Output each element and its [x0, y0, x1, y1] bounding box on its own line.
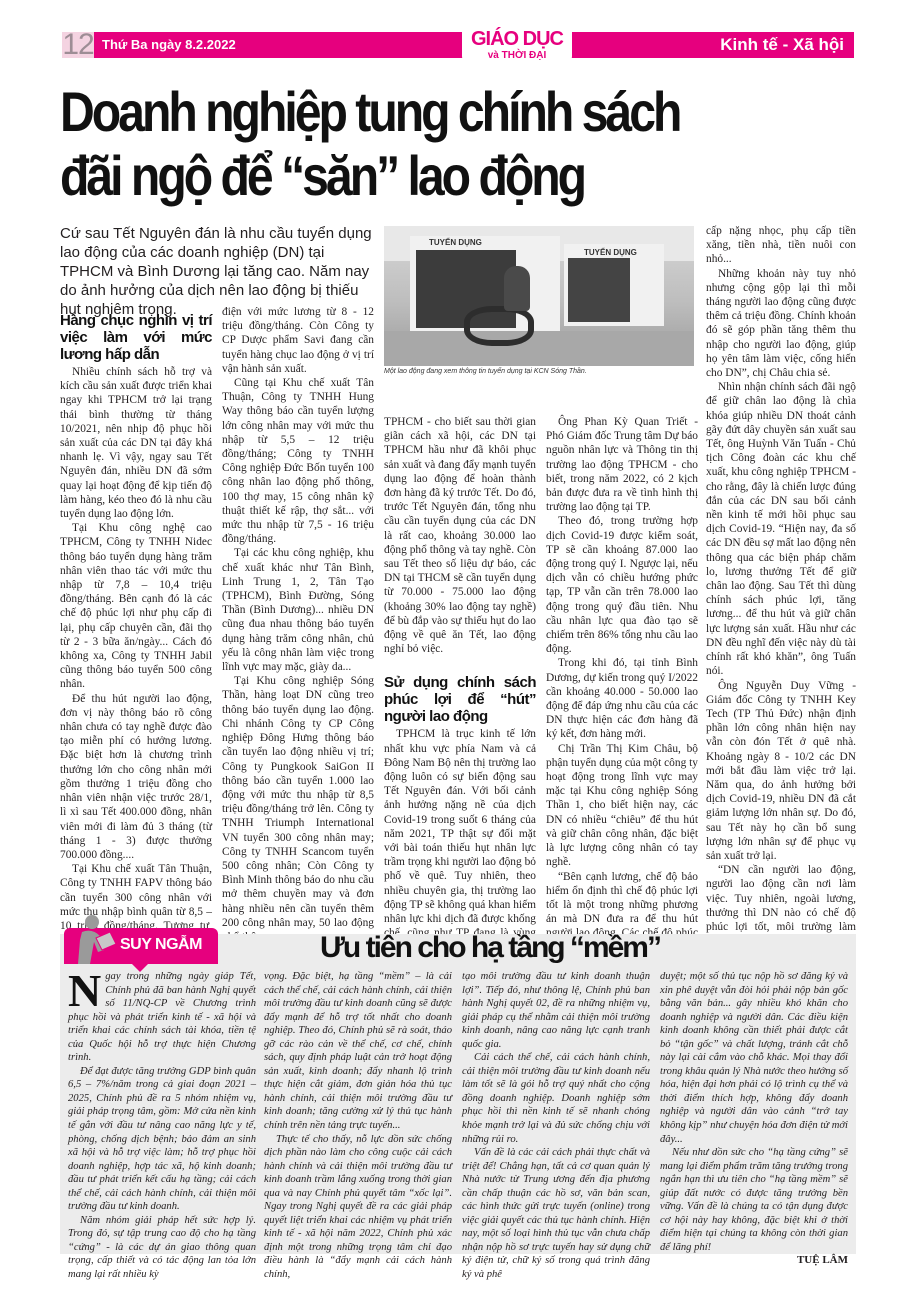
opinion-column-3: tạo môi trường đầu tư kinh doanh thuận l…	[462, 970, 650, 1282]
subheading: Hàng chục nghìn vị trí việc làm với mức …	[60, 312, 212, 363]
article-column-5: cấp nặng nhọc, phụ cấp tiền xăng, tiền n…	[706, 224, 856, 993]
paragraph: TPHCM là trục kinh tế lớn nhất khu vực p…	[384, 727, 536, 954]
subheading: Sử dụng chính sách phúc lợi để “hút” ngư…	[384, 674, 536, 725]
photo-caption: Một lao động đang xem thông tin tuyển dụ…	[384, 368, 694, 375]
logo-subtitle: và THỜI ĐẠI	[462, 50, 572, 62]
article-column-4: Ông Phan Kỳ Quan Triết - Phó Giám đốc Tr…	[546, 415, 698, 969]
paragraph: Cải cách thể chế, cải cách hành chính, c…	[462, 1051, 650, 1146]
paragraph: Theo đó, trong trường hợp dịch Covid-19 …	[546, 514, 698, 656]
paragraph: Để thu hút người lao động, đơn vị này th…	[60, 692, 212, 862]
paragraph: Trong khi đó, tại tỉnh Bình Dương, dự ki…	[546, 656, 698, 741]
article-column-2: điện với mức lương từ 8 - 12 triệu đồng/…	[222, 305, 374, 973]
paragraph: Tại Khu công nghiệp Sóng Thần, hàng loạt…	[222, 674, 374, 944]
article-headline: Doanh nghiệp tung chính sách đãi ngộ để …	[60, 80, 748, 208]
paragraph: Để đạt được tăng trưởng GDP bình quân 6,…	[68, 1065, 256, 1214]
paragraph: tạo môi trường đầu tư kinh doanh thuận l…	[462, 970, 650, 1051]
author-byline: TUỆ LÂM	[660, 1254, 848, 1268]
opinion-column-4: duyệt; một số thủ tục nộp hồ sơ đăng ký …	[660, 970, 848, 1268]
paragraph: Thực tế cho thấy, nỗ lực dồn sức chống d…	[264, 1133, 452, 1282]
issue-date: Thứ Ba ngày 8.2.2022	[102, 32, 236, 58]
paragraph: duyệt; một số thủ tục nộp hồ sơ đăng ký …	[660, 970, 848, 1146]
newspaper-logo: GIÁO DỤC và THỜI ĐẠI	[462, 28, 572, 64]
paragraph: TPHCM - cho biết sau thời gian giãn cách…	[384, 415, 536, 656]
paragraph: Nhìn nhận chính sách đãi ngộ để giữ chân…	[706, 380, 856, 678]
motorbike-icon	[464, 306, 534, 346]
paragraph: Nếu như dồn sức cho “hạ tầng cứng” sẽ ma…	[660, 1146, 848, 1254]
page-number: 12	[62, 32, 94, 58]
paragraph: Tại các khu công nghiệp, khu chế xuất kh…	[222, 546, 374, 674]
opinion-label: SUY NGẪM	[120, 934, 202, 956]
paragraph: điện với mức lương từ 8 - 12 triệu đồng/…	[222, 305, 374, 376]
page-header: 12 Thứ Ba ngày 8.2.2022 GIÁO DỤC và THỜI…	[62, 32, 854, 58]
reading-person-icon	[74, 914, 118, 964]
opinion-column-1: N gay trong những ngày giáp Tết, Chính p…	[68, 970, 256, 1282]
paragraph: Chị Trần Thị Kim Châu, bộ phận tuyển dụn…	[546, 742, 698, 870]
paragraph: Ông Nguyễn Duy Vững - Giám đốc Công ty T…	[706, 679, 856, 864]
drop-cap: N	[68, 972, 101, 1010]
paragraph: Vấn đề là các cải cách phải thực chất và…	[462, 1146, 650, 1281]
logo-title: GIÁO DỤC	[462, 28, 572, 50]
article-column-3: TPHCM - cho biết sau thời gian giãn cách…	[384, 415, 536, 955]
opinion-column-2: vọng. Đặc biệt, hạ tầng “mềm” – là cải c…	[264, 970, 452, 1282]
paragraph: Tại Khu công nghệ cao TPHCM, Công ty TNH…	[60, 521, 212, 691]
paragraph: Ông Phan Kỳ Quan Triết - Phó Giám đốc Tr…	[546, 415, 698, 514]
paragraph: cấp nặng nhọc, phụ cấp tiền xăng, tiền n…	[706, 224, 856, 267]
article-column-1: Hàng chục nghìn vị trí việc làm với mức …	[60, 312, 212, 990]
paragraph: Nhiều chính sách hỗ trợ và kích cầu sản …	[60, 365, 212, 521]
paragraph: Những khoản này tuy nhỏ nhưng cộng gộp l…	[706, 267, 856, 381]
person-icon	[504, 266, 530, 311]
article-photo: TUYỂN DỤNG TUYỂN DỤNG	[384, 226, 694, 366]
paragraph: Năm nhóm giải pháp hết sức hợp lý. Trong…	[68, 1214, 256, 1282]
section-name: Kinh tế - Xã hội	[720, 32, 844, 58]
opinion-title: Ưu tiên cho hạ tầng “mềm”	[230, 928, 750, 968]
paragraph: Cũng tại Khu chế xuất Tân Thuận, Công ty…	[222, 376, 374, 546]
paragraph: vọng. Đặc biệt, hạ tầng “mềm” – là cải c…	[264, 970, 452, 1133]
